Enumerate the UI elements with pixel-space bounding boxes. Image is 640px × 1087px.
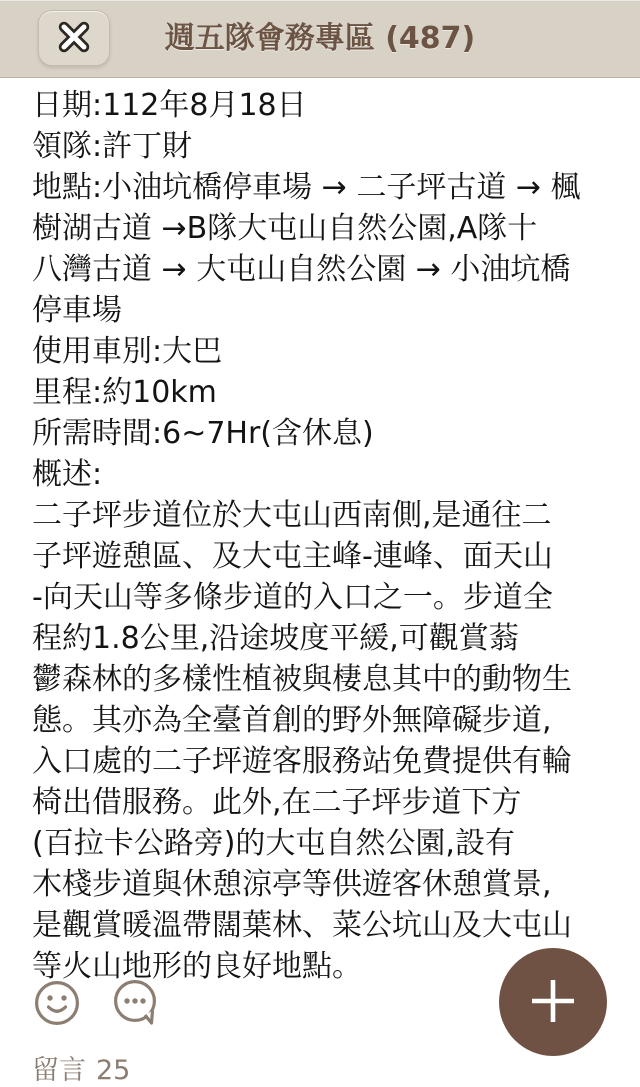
post-text-line: 停車場 xyxy=(32,290,614,331)
post-text-line: (百拉卡公路旁)的大屯自然公園,設有 xyxy=(32,823,614,864)
post-text-line: 二子坪步道位於大屯山西南側,是通往二 xyxy=(32,495,614,536)
post-text-line: 子坪遊憩區、及大屯主峰-連峰、面天山 xyxy=(32,536,614,577)
reaction-button[interactable] xyxy=(33,979,81,1027)
add-post-button[interactable] xyxy=(499,948,607,1056)
comments-count: 25 xyxy=(96,1055,130,1086)
post-text-line: -向天山等多條步道的入口之一。步道全 xyxy=(32,577,614,618)
header-bar: 週五隊會務專區 (487) xyxy=(0,0,640,78)
speech-bubble-icon xyxy=(112,1015,160,1030)
post-text-line: 使用車別:大巴 xyxy=(32,331,614,372)
close-icon xyxy=(50,15,98,62)
post-body: 日期:112年8月18日領隊:許丁財地點:小油坑橋停車場 → 二子坪古道 → 楓… xyxy=(0,78,640,1087)
post-text-line: 八灣古道 → 大屯山自然公園 → 小油坑橋 xyxy=(32,249,614,290)
smiley-face-icon xyxy=(33,1015,81,1030)
post-text-line: 概述: xyxy=(32,454,614,495)
note-post-screen: 週五隊會務專區 (487) 日期:112年8月18日領隊:許丁財地點:小油坑橋停… xyxy=(0,0,640,1087)
post-text-line: 椅出借服務。此外,在二子坪步道下方 xyxy=(32,782,614,823)
post-text-line: 木棧步道與休憩涼亭等供遊客休憩賞景, xyxy=(32,864,614,905)
post-text-line: 樹湖古道 →B隊大屯山自然公園,A隊十 xyxy=(32,208,614,249)
post-text-line: 是觀賞暖溫帶闊葉林、菜公坑山及大屯山 xyxy=(32,905,614,946)
post-text-line: 地點:小油坑橋停車場 → 二子坪古道 → 楓 xyxy=(32,167,614,208)
post-text-line: 入口處的二子坪遊客服務站免費提供有輪 xyxy=(32,741,614,782)
post-text-line: 所需時間:6~7Hr(含休息) xyxy=(32,413,614,454)
post-text-line: 鬱森林的多樣性植被與棲息其中的動物生 xyxy=(32,659,614,700)
post-text-line: 程約1.8公里,沿途坡度平緩,可觀賞蓊 xyxy=(32,618,614,659)
post-text-line: 日期:112年8月18日 xyxy=(32,85,614,126)
comments-label-text: 留言 xyxy=(32,1055,86,1086)
comment-button[interactable] xyxy=(112,979,160,1027)
close-button[interactable] xyxy=(38,10,110,66)
comments-count-label[interactable]: 留言25 xyxy=(32,1048,130,1087)
plus-icon xyxy=(529,977,577,1028)
action-row xyxy=(33,979,160,1027)
post-text-line: 領隊:許丁財 xyxy=(32,126,614,167)
post-text-line: 里程:約10km xyxy=(32,372,614,413)
post-text-line: 態。其亦為全臺首創的野外無障礙步道, xyxy=(32,700,614,741)
